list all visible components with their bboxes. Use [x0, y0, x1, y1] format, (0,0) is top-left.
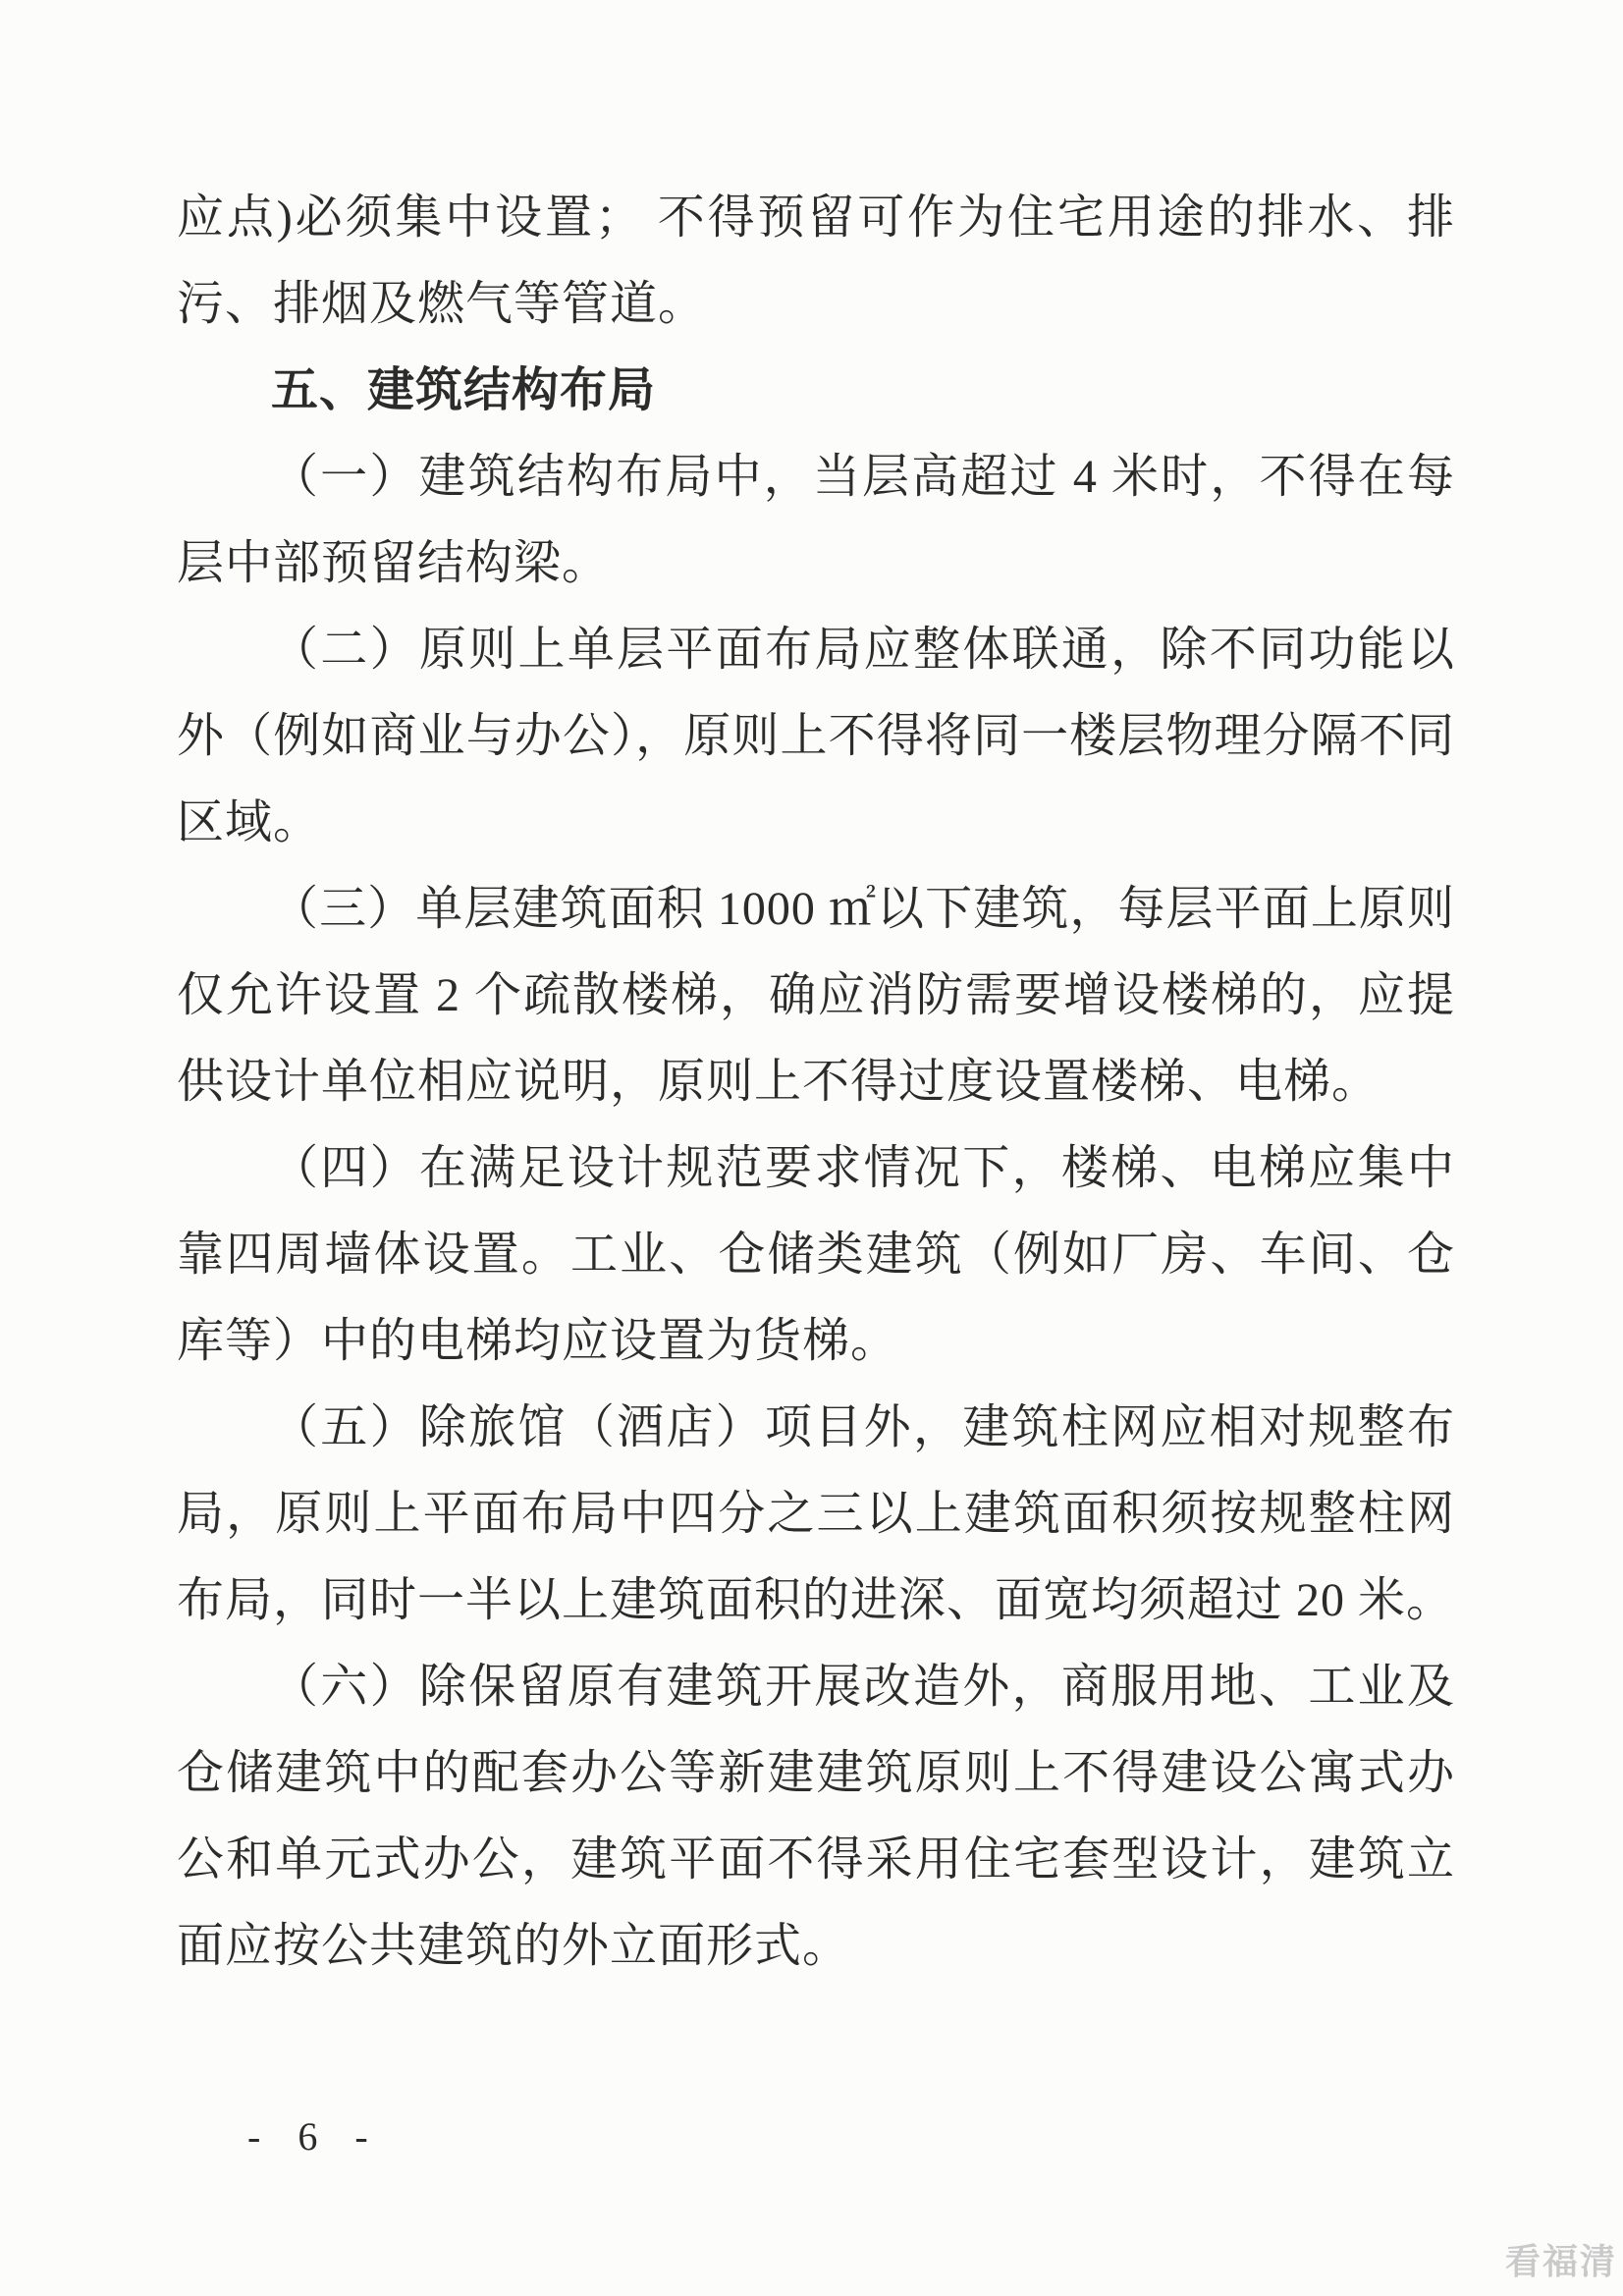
paragraph-item-6: （六）除保留原有建筑开展改造外，商服用地、工业及仓储建筑中的配套办公等新建建筑原… [177, 1644, 1455, 1990]
paragraph-item-1: （一）建筑结构布局中，当层高超过 4 米时，不得在每层中部预留结构梁。 [177, 434, 1455, 607]
section-heading: 五、建筑结构布局 [177, 348, 1455, 434]
watermark: 看福清 [1505, 2243, 1617, 2282]
page-number: - 6 - [247, 2113, 382, 2159]
paragraph-item-3: （三）单层建筑面积 1000 ㎡以下建筑，每层平面上原则仅允许设置 2 个疏散楼… [177, 866, 1455, 1125]
paragraph-item-5: （五）除旅馆（酒店）项目外，建筑柱网应相对规整布局，原则上平面布局中四分之三以上… [177, 1385, 1455, 1644]
watermark-text: 看福清 [1505, 2243, 1617, 2282]
paragraph-item-2: （二）原则上单层平面布局应整体联通，除不同功能以外（例如商业与办公），原则上不得… [177, 607, 1455, 866]
paragraph-continuation: 应点)必须集中设置； 不得预留可作为住宅用途的排水、排污、排烟及燃气等管道。 [177, 175, 1455, 348]
paragraph-item-4: （四）在满足设计规范要求情况下，楼梯、电梯应集中靠四周墙体设置。工业、仓储类建筑… [177, 1125, 1455, 1385]
document-body: 应点)必须集中设置； 不得预留可作为住宅用途的排水、排污、排烟及燃气等管道。 五… [177, 175, 1455, 1990]
document-page: 应点)必须集中设置； 不得预留可作为住宅用途的排水、排污、排烟及燃气等管道。 五… [0, 0, 1623, 2296]
